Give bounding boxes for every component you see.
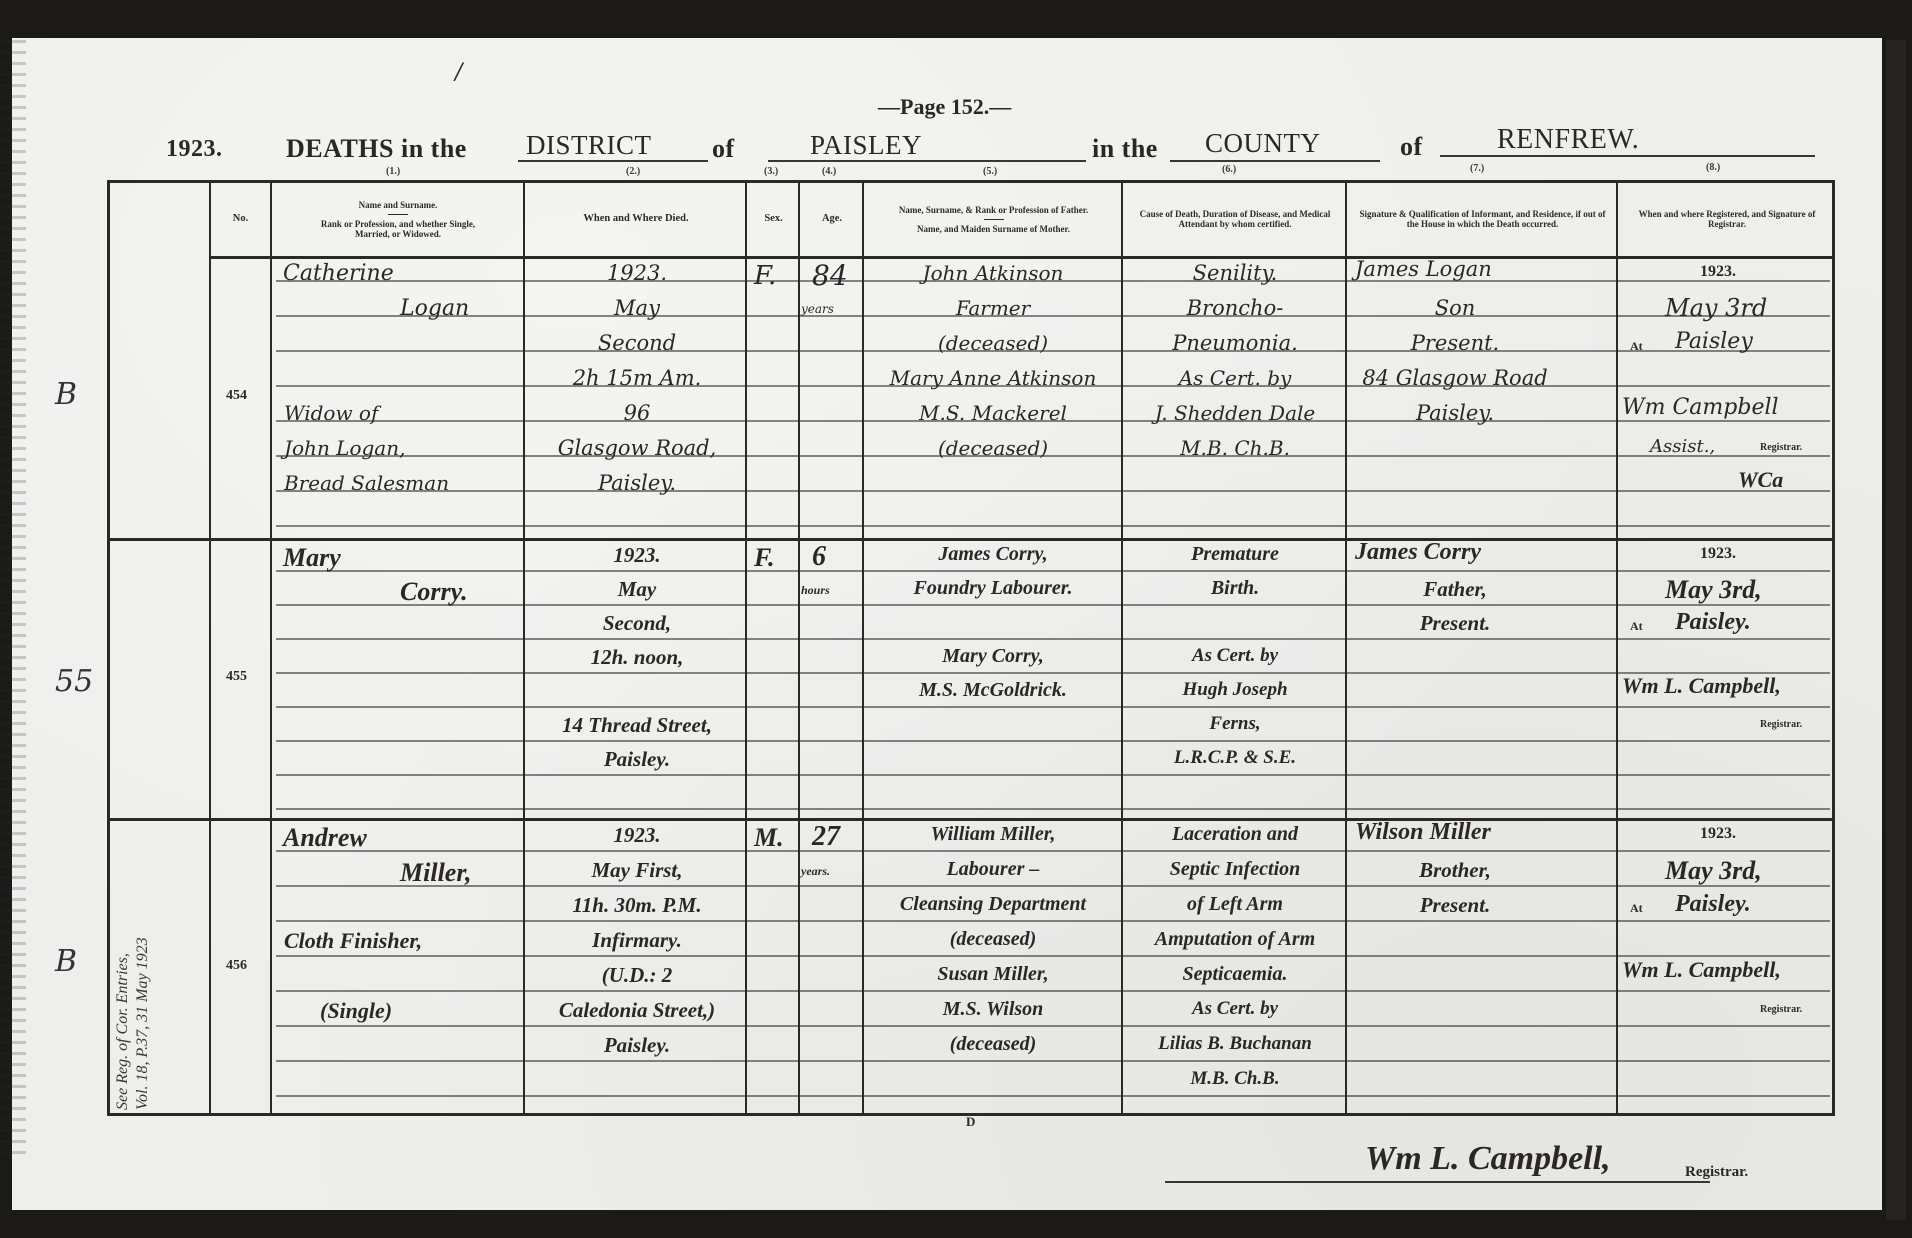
when-where-died: May: [530, 296, 744, 320]
when-where-died: 2h 15m Am.: [530, 366, 744, 390]
when-where-died: 14 Thread Street,: [530, 713, 744, 738]
header-name-top: Name and Surname.: [359, 200, 438, 210]
deceased-rank: Widow of: [284, 401, 378, 425]
deceased-rank: (Single): [320, 998, 392, 1024]
page-binding-edge: [1886, 40, 1906, 1220]
header-registered-label: When and where Registered, and Signature…: [1627, 209, 1827, 229]
page-number: —Page 152.—: [878, 94, 1011, 120]
registration-year: 1923.: [1700, 825, 1736, 843]
deceased-name: Catherine: [283, 261, 394, 286]
header-age: Age.: [801, 183, 863, 255]
registrar-signature: Wm L. Campbell,: [1622, 673, 1781, 699]
registration-place: Paisley.: [1675, 891, 1751, 918]
header-separator: [388, 214, 408, 215]
column-number-7: (7.): [1470, 163, 1484, 174]
ruled-line: [276, 1025, 1830, 1027]
of-label-2: of: [1400, 132, 1423, 162]
header-father-mother: Name, Surname, & Rank or Profession of F…: [865, 183, 1122, 255]
informant-details: Brother,: [1350, 858, 1560, 883]
registration-year: 1923.: [1700, 545, 1736, 563]
column-number-4: (4.): [822, 166, 836, 177]
column-number-3: (3.): [764, 166, 778, 177]
medical-certification: M.B. Ch.B.: [1126, 436, 1344, 460]
header-cause-label: Cause of Death, Duration of Disease, and…: [1135, 209, 1335, 229]
header-cause: Cause of Death, Duration of Disease, and…: [1124, 183, 1346, 255]
ruled-line: [276, 774, 1830, 776]
header-registered: When and where Registered, and Signature…: [1619, 183, 1835, 255]
ruled-line: [276, 808, 1830, 810]
when-where-died: Glasgow Road,: [530, 436, 744, 460]
deceased-name: Mary: [283, 543, 341, 573]
county-underline: [1170, 160, 1380, 162]
deceased-name: Andrew: [283, 823, 367, 853]
header-rule: [210, 256, 1835, 259]
registrar-label: Registrar.: [1760, 719, 1802, 730]
when-where-died: May First,: [530, 858, 744, 883]
ruled-line: [276, 604, 1830, 606]
district-label: DISTRICT: [526, 130, 652, 161]
when-where-died: 1923.: [530, 543, 744, 568]
when-where-died: Caledonia Street,): [530, 998, 744, 1023]
header-name: Name and Surname. Rank or Profession, an…: [276, 183, 520, 255]
cause-of-death: Septicaemia.: [1126, 963, 1344, 986]
of-label-1: of: [712, 134, 735, 164]
ruled-line: [276, 672, 1830, 674]
mother-details: M.S. McGoldrick.: [866, 679, 1120, 702]
ruled-line: [276, 490, 1830, 492]
entry-number: 456: [226, 958, 247, 974]
in-the-label: in the: [1092, 134, 1158, 164]
ruled-line: [276, 1095, 1830, 1097]
when-where-died: 96: [530, 401, 744, 425]
header-mother: Name, and Maiden Surname of Mother.: [917, 224, 1070, 234]
margin-mark: B: [55, 944, 77, 979]
column-divider: [270, 180, 272, 1116]
register-year: 1923.: [166, 136, 223, 163]
at-label: At: [1630, 901, 1643, 916]
column-divider: [209, 180, 211, 1116]
informant-details: Present.: [1350, 331, 1560, 355]
ruled-line: [276, 885, 1830, 887]
county-name: RENFREW.: [1497, 124, 1639, 156]
father-details: (deceased): [866, 331, 1120, 355]
father-details: John Atkinson: [866, 261, 1120, 285]
header-informant: Signature & Qualification of Informant, …: [1348, 183, 1617, 255]
informant-details: Father,: [1350, 577, 1560, 602]
header-separator: [984, 219, 1004, 220]
ruled-line: [276, 955, 1830, 957]
deceased-name: Corry.: [400, 577, 468, 607]
age-value: 6: [812, 541, 826, 573]
when-where-died: May: [530, 577, 744, 602]
ruled-line: [276, 920, 1830, 922]
header-sex: Sex.: [748, 183, 799, 255]
footer-registrar-signature: Wm L. Campbell,: [1365, 1140, 1611, 1178]
header-when-where: When and Where Died.: [526, 183, 746, 255]
side-note-line-1: See Reg. of Cor. Entries,: [113, 820, 133, 1110]
informant-details: 84 Glasgow Road: [1350, 366, 1560, 390]
corrected-entries-note: See Reg. of Cor. Entries, Vol. 18, P.37,…: [113, 820, 153, 1110]
medical-certification: Hugh Joseph: [1126, 679, 1344, 701]
column-number-2: (2.): [626, 166, 640, 177]
when-where-died: Paisley.: [530, 471, 744, 495]
column-divider: [523, 180, 525, 1116]
deceased-rank: Cloth Finisher,: [284, 928, 422, 954]
medical-certification: Lilias B. Buchanan: [1126, 1033, 1344, 1055]
informant-details: Son: [1350, 296, 1560, 320]
medical-certification: As Cert. by: [1126, 645, 1344, 667]
county-name-underline: [1440, 155, 1815, 157]
header-no-label: No.: [233, 213, 248, 225]
medical-certification: L.R.C.P. & S.E.: [1126, 747, 1344, 769]
header-name-bottom: Rank or Profession, and whether Single, …: [303, 219, 493, 239]
sex-value: F.: [754, 261, 776, 291]
mother-details: (deceased): [866, 436, 1120, 460]
when-where-died: 11h. 30m. P.M.: [530, 893, 744, 918]
informant-details: Present.: [1350, 611, 1560, 636]
column-number-6: (6.): [1222, 164, 1236, 175]
informant-name: Wilson Miller: [1355, 819, 1491, 846]
father-details: Labourer –: [866, 858, 1120, 881]
entry-number: 455: [226, 669, 247, 685]
header-when-where-label: When and Where Died.: [583, 213, 688, 225]
cause-of-death: Septic Infection: [1126, 858, 1344, 881]
ruled-line: [276, 990, 1830, 992]
ruled-line: [276, 525, 1830, 527]
father-details: Cleansing Department: [866, 893, 1120, 916]
at-label: At: [1630, 619, 1643, 634]
medical-certification: As Cert. by: [1126, 998, 1344, 1020]
deceased-rank: John Logan,: [284, 436, 405, 460]
when-where-died: Second,: [530, 611, 744, 636]
when-where-died: (U.D.: 2: [530, 963, 744, 988]
footer-marker: D: [966, 1114, 975, 1130]
column-number-1: (1.): [386, 166, 400, 177]
medical-certification: As Cert. by: [1126, 366, 1344, 390]
registrar-label: Registrar.: [1760, 442, 1802, 453]
column-divider: [1121, 180, 1123, 1116]
ruled-line: [276, 638, 1830, 640]
informant-details: Present.: [1350, 893, 1560, 918]
column-divider: [745, 180, 747, 1116]
father-details: Farmer: [866, 296, 1120, 320]
margin-mark: B: [55, 377, 77, 412]
when-where-died: Paisley.: [530, 747, 744, 772]
header-informant-label: Signature & Qualification of Informant, …: [1358, 209, 1608, 229]
ruled-line: [276, 1060, 1830, 1062]
registrar-initials: WCa: [1738, 467, 1783, 493]
age-value: 27: [812, 821, 840, 853]
district-name: PAISLEY: [810, 130, 922, 161]
medical-certification: M.B. Ch.B.: [1126, 1068, 1344, 1090]
column-divider: [798, 180, 800, 1116]
informant-details: Paisley.: [1350, 401, 1560, 425]
ruled-line: [276, 740, 1830, 742]
when-where-died: Paisley.: [530, 1033, 744, 1058]
registration-place: Paisley.: [1675, 609, 1751, 636]
column-divider: [1345, 180, 1347, 1116]
cause-of-death: Pneumonia.: [1126, 331, 1344, 355]
ruled-line: [276, 706, 1830, 708]
when-where-died: 1923.: [530, 823, 744, 848]
mother-details: M.S. Wilson: [866, 998, 1120, 1021]
father-details: (deceased): [866, 928, 1120, 951]
cause-of-death: Broncho-: [1126, 296, 1344, 320]
age-unit: hours: [801, 583, 830, 598]
medical-certification: Ferns,: [1126, 713, 1344, 735]
district-underline: [518, 160, 708, 162]
father-details: Foundry Labourer.: [866, 577, 1120, 600]
mother-details: (deceased): [866, 1033, 1120, 1056]
entry-number: 454: [226, 388, 247, 404]
when-where-died: Second: [530, 331, 744, 355]
sex-value: M.: [754, 823, 784, 853]
cause-of-death: Birth.: [1126, 577, 1344, 600]
cause-of-death: Premature: [1126, 543, 1344, 566]
ruled-line: [276, 850, 1830, 852]
side-note-line-2: Vol. 18, P.37, 31 May 1923: [133, 820, 153, 1110]
sex-value: F.: [754, 543, 775, 573]
age-unit: years: [801, 302, 834, 316]
registration-date: May 3rd,: [1665, 575, 1762, 605]
deceased-name: Miller,: [400, 858, 472, 888]
ruled-line: [276, 570, 1830, 572]
entry-divider: [107, 818, 1835, 821]
district-name-underline: [768, 160, 1086, 162]
column-divider: [1616, 180, 1618, 1116]
column-number-8: (8.): [1706, 162, 1720, 173]
when-where-died: 12h. noon,: [530, 645, 744, 670]
mother-details: Susan Miller,: [866, 963, 1120, 986]
father-details: James Corry,: [866, 543, 1120, 566]
registration-year: 1923.: [1700, 263, 1736, 281]
cause-of-death: Amputation of Arm: [1126, 928, 1344, 951]
column-number-5: (5.): [983, 166, 997, 177]
when-where-died: Infirmary.: [530, 928, 744, 953]
deaths-in-the-label: DEATHS in the: [286, 134, 467, 164]
margin-mark: 55: [55, 664, 93, 699]
cause-of-death: of Left Arm: [1126, 893, 1344, 916]
age-value: 84: [812, 259, 848, 292]
age-unit: years.: [801, 864, 830, 879]
registrar-signature: Wm L. Campbell,: [1622, 957, 1781, 983]
mother-details: Mary Corry,: [866, 645, 1120, 668]
at-label: At: [1630, 339, 1643, 354]
deceased-name: Logan: [400, 296, 469, 321]
registration-date: May 3rd: [1665, 294, 1767, 322]
when-where-died: 1923.: [530, 261, 744, 285]
registrar-signature: Wm Campbell: [1622, 395, 1779, 420]
header-father: Name, Surname, & Rank or Profession of F…: [869, 205, 1119, 215]
column-divider: [862, 180, 864, 1116]
registrar-label: Registrar.: [1760, 1004, 1802, 1015]
header-sex-label: Sex.: [764, 213, 782, 225]
registration-place: Paisley: [1675, 329, 1753, 354]
county-label: COUNTY: [1205, 128, 1321, 159]
mother-details: M.S. Mackerel: [866, 401, 1120, 425]
header-age-label: Age.: [822, 213, 842, 225]
footer-registrar-label: Registrar.: [1685, 1164, 1748, 1181]
pen-mark: /: [455, 60, 462, 85]
cause-of-death: Senility.: [1126, 261, 1344, 285]
father-details: William Miller,: [866, 823, 1120, 846]
registrar-assistant-prefix: Assist.,: [1650, 436, 1715, 457]
informant-name: James Logan: [1355, 257, 1492, 281]
page-edge-speckle: [0, 40, 26, 1160]
registration-date: May 3rd,: [1665, 856, 1762, 886]
deceased-rank: Bread Salesman: [284, 471, 449, 495]
informant-name: James Corry: [1355, 539, 1481, 566]
entry-divider: [107, 538, 1835, 541]
medical-certification: J. Shedden Dale: [1126, 401, 1344, 425]
header-no: No.: [210, 183, 271, 255]
cause-of-death: Laceration and: [1126, 823, 1344, 846]
footer-signature-line: [1165, 1181, 1710, 1183]
mother-details: Mary Anne Atkinson: [866, 366, 1120, 390]
